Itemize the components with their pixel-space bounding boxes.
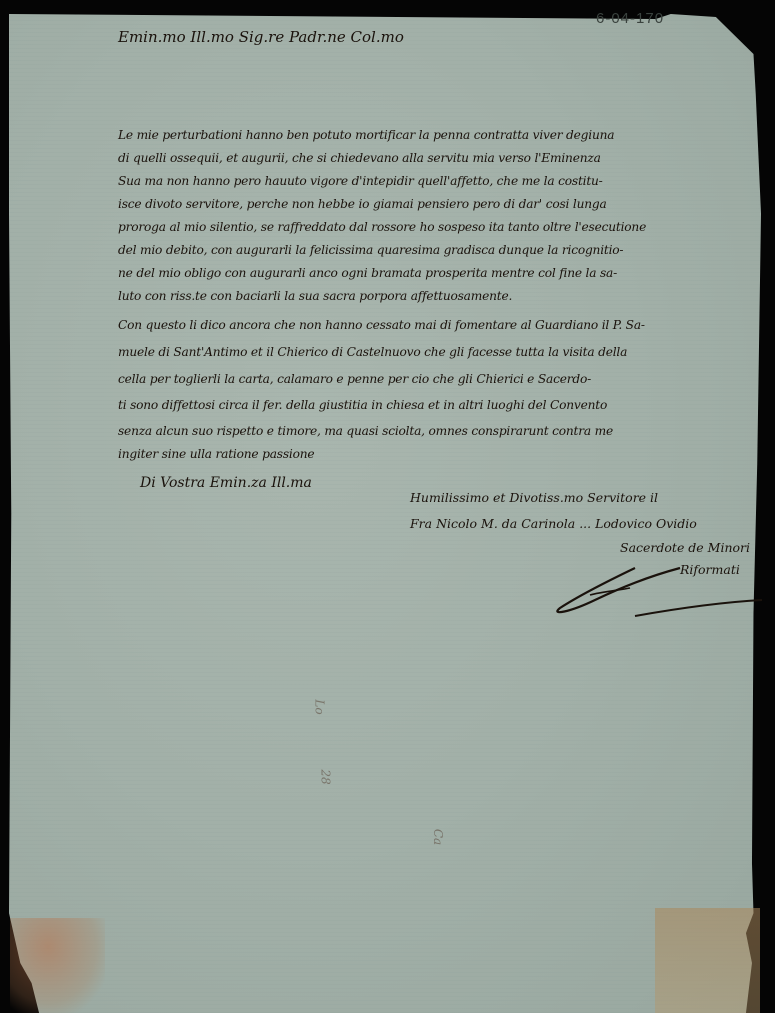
body-line: muele di Sant'Antimo et il Chierico di C… [118,345,627,359]
body-line: di quelli ossequii, et augurii, che si c… [118,151,601,165]
faint-marginalia: Lo [313,699,327,714]
body-line: ti sono diffettosi circa il fer. della g… [118,398,607,412]
water-stain [655,908,760,1013]
closing: Di Vostra Emin.za Ill.ma [140,475,312,491]
body-line: Con questo li dico ancora che non hanno … [118,318,645,332]
signature-line: Fra Nicolo M. da Carinola ... Lodovico O… [410,516,697,531]
archive-number: 6-04-170 [596,10,664,27]
body-line: luto con riss.te con baciarli la sua sac… [118,289,512,303]
body-line: del mio debito, con augurarli la felicis… [118,243,623,257]
signature-flourish [550,560,765,620]
body-line: cella per toglierli la carta, calamaro e… [118,372,591,386]
body-line: ne del mio obligo con augurarli anco ogn… [118,266,617,280]
body-line: Sua ma non hanno pero hauuto vigore d'in… [118,174,603,188]
salutation: Emin.mo Ill.mo Sig.re Padr.ne Col.mo [118,28,404,46]
body-line: ingiter sine ulla ratione passione [118,447,314,461]
signature-line: Sacerdote de Minori [620,540,750,555]
body-line: proroga al mio silentio, se raffreddato … [118,220,646,234]
faint-marginalia: 28 [319,769,333,784]
body-line: senza alcun suo rispetto e timore, ma qu… [118,424,613,438]
signature-line: Humilissimo et Divotiss.mo Servitore il [410,490,658,505]
faint-marginalia: Ca [431,829,445,845]
rust-stain [10,918,105,1013]
body-line: isce divoto servitore, perche non hebbe … [118,197,607,211]
body-line: Le mie perturbationi hanno ben potuto mo… [118,128,614,142]
